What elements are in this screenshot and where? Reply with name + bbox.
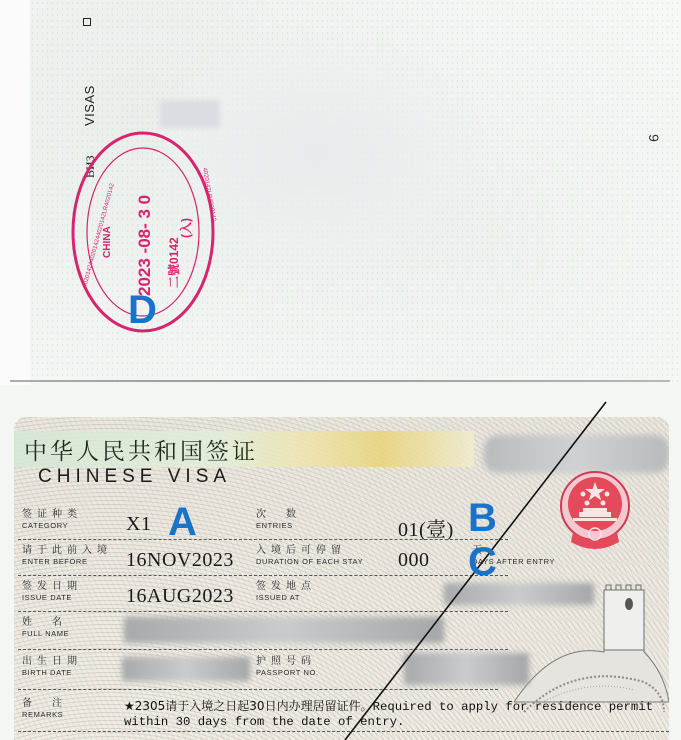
category-label: 签证种类 CATEGORY (22, 510, 82, 530)
entries-value: 01(壹) (398, 513, 454, 542)
svg-text:4020142LR4020142: 4020142LR4020142 (201, 167, 216, 222)
duration-label: 入境后可停留 DURATION OF EACH STAY (256, 546, 363, 566)
issue-date-label: 签发日期 ISSUE DATE (22, 582, 82, 602)
redacted-header (484, 435, 669, 473)
stamp-country: CHINA (102, 226, 113, 258)
duration-value: 000 (398, 549, 430, 572)
remarks-value: ★2305请于入境之日起30日内办理居留证件。Required to apply… (124, 699, 669, 730)
birth-date-redacted (122, 657, 250, 681)
marker-c: C (468, 542, 497, 582)
full-name-redacted (124, 617, 444, 643)
row-divider (18, 539, 508, 540)
passport-no-redacted (404, 653, 529, 685)
row-divider (18, 611, 508, 612)
marker-d: D (128, 290, 157, 330)
category-value: X1 (126, 513, 151, 536)
row-divider (18, 575, 508, 576)
birth-date-label: 出生日期 BIRTH DATE (22, 657, 82, 677)
full-name-label: 姓 名 FULL NAME (22, 618, 69, 638)
square-icon (83, 18, 91, 26)
visa-title-en: CHINESE VISA (38, 466, 231, 488)
remarks-label: 备 注 REMARKS (22, 699, 67, 719)
section-label: VISAS (82, 85, 97, 126)
visa-sticker: 中华人民共和国签证 CHINESE VISA (14, 417, 669, 740)
row-divider (18, 731, 669, 732)
stamp-date: 2023 -08- 3 0 (135, 195, 154, 296)
passport-no-label: 护照号码 PASSPORT NO. (256, 657, 319, 677)
enter-before-label: 请于此前入境 ENTER BEFORE (22, 546, 112, 566)
marker-a: A (168, 502, 197, 542)
row-divider (18, 649, 508, 650)
redacted-block (160, 100, 220, 128)
issue-date-value: 16AUG2023 (126, 585, 234, 608)
issued-at-label: 签发地点 ISSUED AT (256, 582, 316, 602)
page-number: 9 (646, 134, 662, 142)
national-emblem-icon (559, 470, 631, 552)
stamp-direction: (入) (178, 218, 193, 238)
page-fold (10, 380, 670, 382)
row-divider (18, 689, 498, 690)
entries-label: 次 数 ENTRIES (256, 510, 301, 530)
page-margin (0, 0, 30, 385)
marker-b: B (468, 498, 497, 538)
enter-before-value: 16NOV2023 (126, 549, 234, 572)
visa-title-cn: 中华人民共和国签证 (24, 433, 258, 466)
stamp-port: 二號0142 (166, 237, 181, 288)
issued-at-redacted (444, 583, 594, 605)
